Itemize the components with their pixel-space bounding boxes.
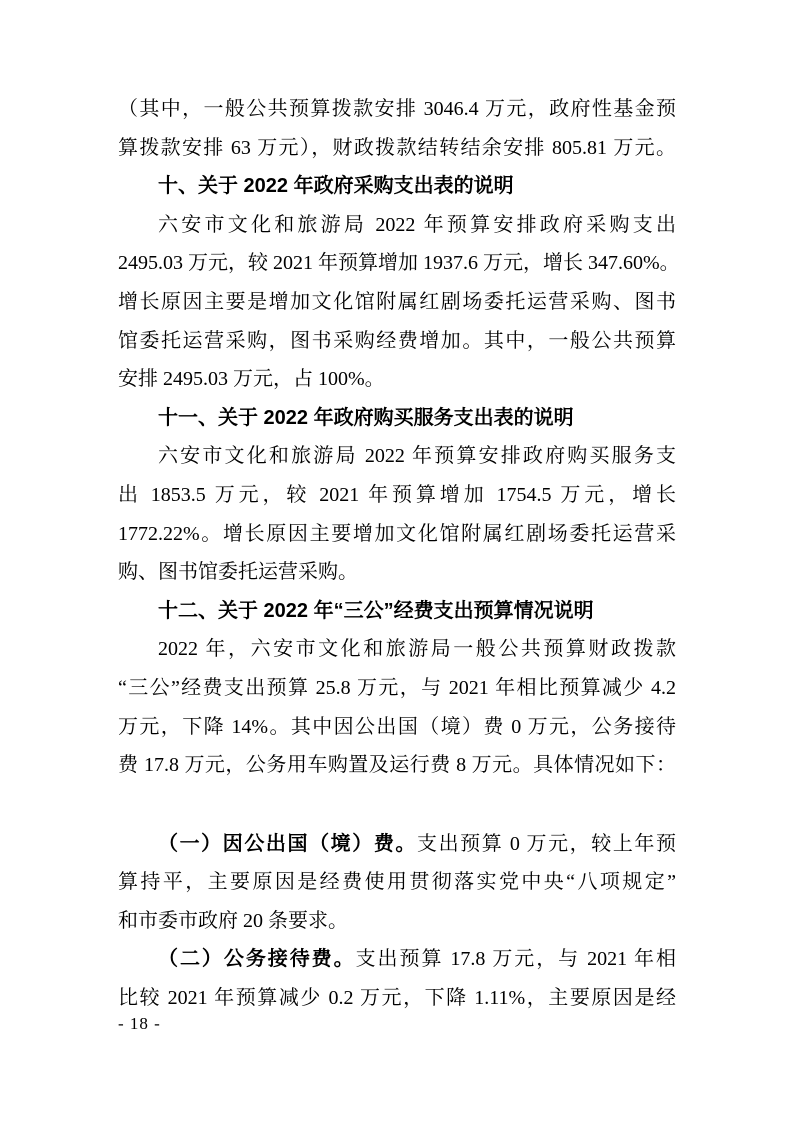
document-page: （其中，一般公共预算拨款安排 3046.4 万元，政府性基金预 算拨款安排 63…: [0, 0, 793, 1122]
text-line: 增长原因主要是增加文化馆附属红剧场委托运营采购、图书: [118, 283, 676, 322]
text-line: （一）因公出国（境）费。支出预算 0 万元，较上年预: [118, 825, 676, 864]
text-line: 1772.22%。增长原因主要增加文化馆附属红剧场委托运营采: [118, 515, 676, 554]
text-line: 六安市文化和旅游局 2022 年预算安排政府采购支出: [118, 206, 676, 245]
text-line: 算持平，主要原因是经费使用贯彻落实党中央“八项规定”: [118, 863, 676, 902]
text-line: （二）公务接待费。支出预算 17.8 万元，与 2021 年相: [118, 940, 676, 979]
text-line: 六安市文化和旅游局 2022 年预算安排政府购买服务支: [118, 437, 676, 476]
paragraph-gap: [118, 785, 676, 825]
document-body: （其中，一般公共预算拨款安排 3046.4 万元，政府性基金预 算拨款安排 63…: [118, 90, 676, 1018]
text-line: “三公”经费支出预算 25.8 万元，与 2021 年相比预算减少 4.2: [118, 669, 676, 708]
text-line: 比较 2021 年预算减少 0.2 万元，下降 1.11%，主要原因是经: [118, 979, 676, 1018]
text-line: 万元，下降 14%。其中因公出国（境）费 0 万元，公务接待: [118, 708, 676, 747]
text-line: 2022 年，六安市文化和旅游局一般公共预算财政拨款: [118, 630, 676, 669]
text-span: 支出预算 17.8 万元，与 2021 年相: [356, 948, 676, 970]
subsection-lead-1: （一）因公出国（境）费。: [158, 833, 417, 855]
subsection-lead-2: （二）公务接待费。: [158, 948, 356, 970]
section-heading-11: 十一、关于 2022 年政府购买服务支出表的说明: [118, 399, 676, 438]
section-heading-10: 十、关于 2022 年政府采购支出表的说明: [118, 167, 676, 206]
text-line: 出 1853.5 万元，较 2021 年预算增加 1754.5 万元，增长: [118, 476, 676, 515]
text-line: 费 17.8 万元，公务用车购置及运行费 8 万元。具体情况如下：: [118, 746, 676, 785]
text-line: 购、图书馆委托运营采购。: [118, 553, 676, 592]
text-line: 和市委市政府 20 条要求。: [118, 902, 676, 941]
text-line: 2495.03 万元，较 2021 年预算增加 1937.6 万元，增长 347…: [118, 244, 676, 283]
text-line: 安排 2495.03 万元，占 100%。: [118, 360, 676, 399]
text-span: 支出预算 0 万元，较上年预: [417, 833, 676, 855]
text-line: 馆委托运营采购，图书采购经费增加。其中，一般公共预算: [118, 322, 676, 361]
text-line: 算拨款安排 63 万元），财政拨款结转结余安排 805.81 万元。: [118, 129, 676, 168]
section-heading-12: 十二、关于 2022 年“三公”经费支出预算情况说明: [118, 592, 676, 631]
text-line: （其中，一般公共预算拨款安排 3046.4 万元，政府性基金预: [118, 90, 676, 129]
page-number: - 18 -: [118, 1012, 161, 1036]
